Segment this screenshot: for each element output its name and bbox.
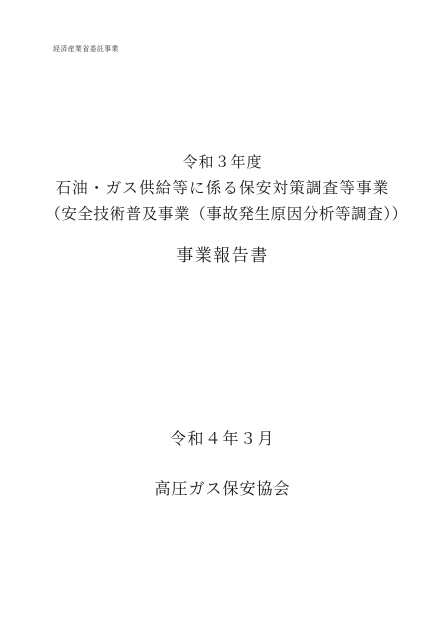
publication-date: 令和４年３月 (0, 426, 445, 449)
fiscal-year: 令和３年度 (0, 151, 445, 172)
report-cover-page: 経済産業省委託事業 令和３年度 石油・ガス供給等に係る保安対策調査等事業 （安全… (0, 0, 445, 630)
commission-label: 経済産業省委託事業 (53, 44, 119, 54)
subproject-title: （安全技術普及事業（事故発生原因分析等調査）） (4, 202, 445, 224)
organization-name: 高圧ガス保安協会 (0, 476, 445, 499)
project-title: 石油・ガス供給等に係る保安対策調査等事業 (0, 176, 445, 198)
report-title: 事業報告書 (0, 241, 445, 266)
